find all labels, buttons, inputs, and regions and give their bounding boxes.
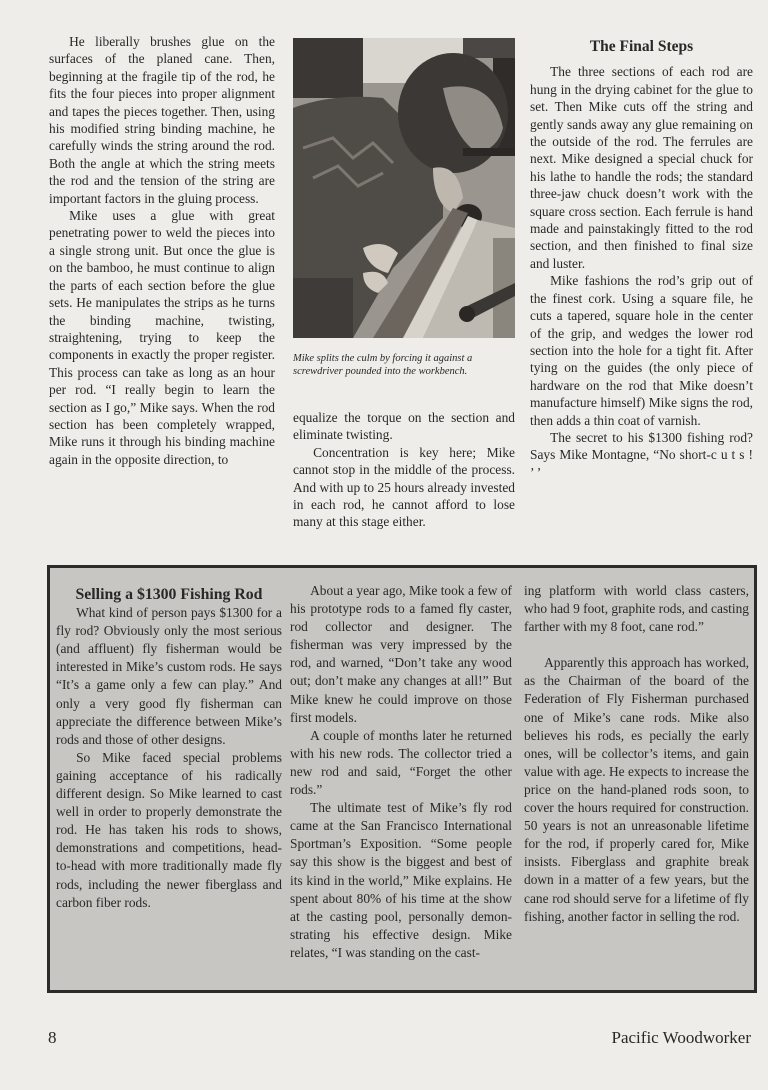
photo-mike-splitting-culm (293, 38, 515, 338)
paragraph: So Mike faced special problems gaining a… (56, 749, 282, 912)
paragraph: He liberally brushes glue on the surface… (49, 33, 275, 207)
paragraph: The three sections of each rod are hung … (530, 63, 753, 272)
paragraph: Apparently this approach has worked, as … (524, 654, 749, 925)
paragraph: A couple of months later he re­turned wi… (290, 727, 512, 799)
sidebar-box-selling-rod: Selling a $1300 Fishing Rod What kind of… (47, 565, 757, 993)
photo-caption: Mike splits the culm by forcing it again… (293, 352, 515, 378)
section-heading-final-steps: The Final Steps (530, 38, 753, 55)
page-number: 8 (48, 1028, 57, 1048)
paragraph: ing platform with world class casters, w… (524, 582, 749, 636)
paragraph: Mike uses a glue with great penetrating … (49, 207, 275, 468)
paragraph-gap (524, 636, 749, 654)
paragraph: About a year ago, Mike took a few of his… (290, 582, 512, 727)
sidebar-column-1: Selling a $1300 Fishing Rod What kind of… (56, 586, 282, 912)
article-column-3: The Final Steps The three sections of ea… (530, 38, 753, 481)
sidebar-column-3: ing platform with world class casters, w… (524, 582, 749, 926)
paragraph: Mike fashions the rod’s grip out of the … (530, 272, 753, 429)
photo-illustration (293, 38, 515, 338)
article-column-1: He liberally brushes glue on the surface… (49, 33, 275, 468)
sidebar-column-2: About a year ago, Mike took a few of his… (290, 582, 512, 962)
paragraph: What kind of person pays $1300 for a fly… (56, 604, 282, 749)
sidebar-title: Selling a $1300 Fishing Rod (56, 586, 282, 604)
paragraph: Concentration is key here; Mike cannot s… (293, 444, 515, 531)
paragraph: equalize the torque on the section and e… (293, 409, 515, 444)
article-column-2: equalize the torque on the section and e… (293, 409, 515, 531)
paragraph: The secret to his $1300 fishing rod? Say… (530, 429, 753, 481)
paragraph: The ultimate test of Mike’s fly rod came… (290, 799, 512, 962)
publication-name: Pacific Woodworker (612, 1028, 751, 1048)
